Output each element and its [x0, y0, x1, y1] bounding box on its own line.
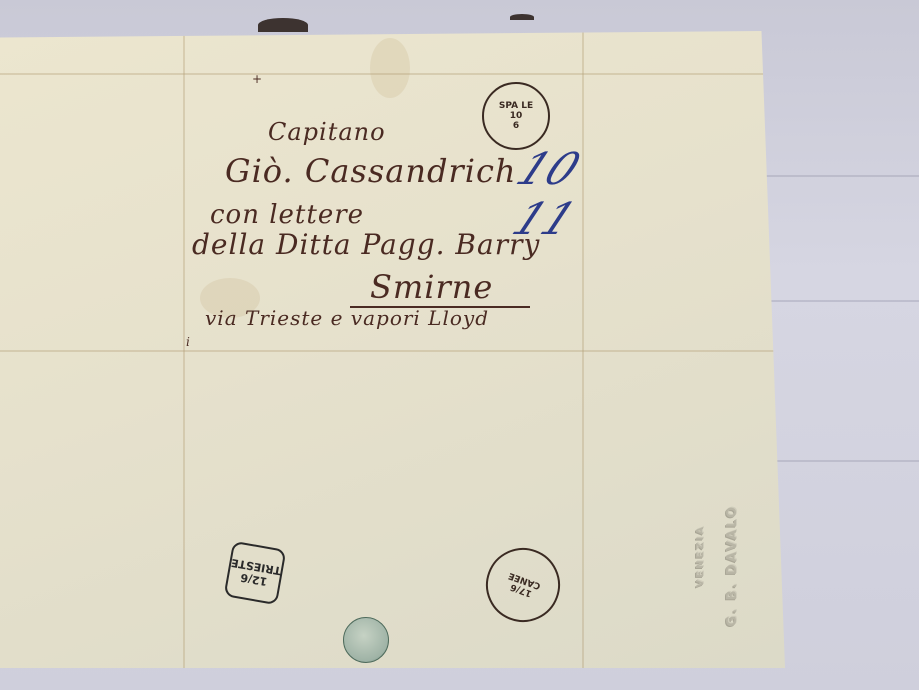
- postmark-line: 10: [510, 111, 523, 121]
- emboss-line-1: G. B. DAVALO: [725, 505, 740, 627]
- postmark-line: 6: [513, 121, 519, 131]
- address-line-4: della Ditta Pagg. Barry: [192, 228, 540, 261]
- address-line-5: Smirne: [370, 268, 493, 306]
- fold-line: [582, 18, 584, 668]
- address-line-3: con lettere: [210, 200, 364, 230]
- postmark-trieste: 12/6 TRIESTE: [224, 541, 287, 606]
- fold-line: [0, 350, 785, 352]
- postmark-line: SPA LE: [499, 101, 533, 111]
- top-mark: +: [252, 72, 263, 86]
- stain: [370, 38, 410, 98]
- emboss-line-2: VENEZIA: [695, 525, 706, 587]
- address-line-1: Capitano: [268, 118, 386, 146]
- letter-sheet: [0, 18, 785, 668]
- tick-mark: i: [186, 335, 191, 349]
- fold-line: [183, 18, 185, 668]
- address-line-6: via Trieste e vapori Lloyd: [205, 306, 489, 330]
- address-line-2: Giò. Cassandrich: [225, 152, 516, 190]
- wax-seal-top: [258, 18, 308, 32]
- postmark-venezia: SPA LE 10 6: [482, 82, 550, 150]
- wax-seal-top: [510, 14, 534, 20]
- wax-seal: [343, 617, 389, 663]
